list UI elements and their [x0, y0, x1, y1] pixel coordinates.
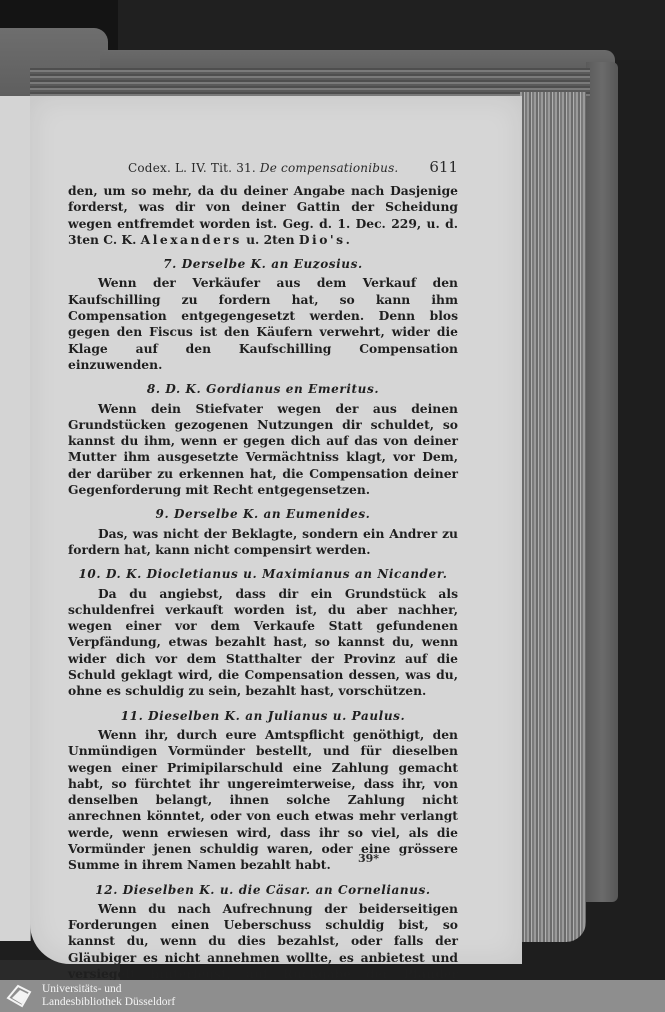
- section-body-10: Da du angiebst, dass dir ein Grundstück …: [68, 586, 458, 700]
- running-head-title: Codex. L. IV. Tit. 31. De compensationib…: [128, 161, 398, 175]
- book-cover-right: [586, 62, 618, 902]
- section-heading-12: 12. Dieselben K. u. die Cäsar. an Cornel…: [68, 882, 458, 898]
- library-footer: Universitäts- und Landesbibliothek Düsse…: [0, 980, 665, 1012]
- left-page-edge: [0, 96, 31, 941]
- name-dios: Dio's.: [299, 232, 353, 247]
- library-name-line2: Landesbibliothek Düsseldorf: [42, 996, 175, 1009]
- page-edges: [520, 92, 586, 942]
- page-stack-top: [30, 68, 590, 98]
- section-heading-9: 9. Derselbe K. an Eumenides.: [68, 506, 458, 522]
- section-body-11: Wenn ihr, durch eure Amtspflicht genöthi…: [68, 727, 458, 874]
- section-body-9: Das, was nicht der Beklagte, sondern ein…: [68, 526, 458, 559]
- library-name: Universitäts- und Landesbibliothek Düsse…: [42, 983, 175, 1009]
- name-alexanders: Alexanders: [141, 232, 242, 247]
- page-number: 611: [429, 158, 458, 176]
- running-head-codex: Codex. L. IV. Tit. 31.: [128, 161, 256, 175]
- book-logo-icon: [4, 982, 36, 1010]
- section-body-7: Wenn der Verkäufer aus dem Verkauf den K…: [68, 275, 458, 373]
- running-head: Codex. L. IV. Tit. 31. De compensationib…: [128, 158, 458, 176]
- library-name-line1: Universitäts- und: [42, 983, 175, 996]
- section-heading-11: 11. Dieselben K. an Julianus u. Paulus.: [68, 708, 458, 724]
- section-heading-8: 8. D. K. Gordianus en Emeritus.: [68, 381, 458, 397]
- running-head-italic: De compensationibus.: [260, 161, 399, 175]
- continuation-tail: u. 2ten: [246, 232, 295, 247]
- section-heading-10: 10. D. K. Diocletianus u. Maximianus an …: [68, 566, 458, 582]
- main-text: den, um so mehr, da du deiner Angabe nac…: [68, 183, 458, 999]
- section-body-8: Wenn dein Stiefvater wegen der aus deine…: [68, 401, 458, 499]
- signature-mark: 39*: [358, 852, 379, 865]
- continuation-paragraph: den, um so mehr, da du deiner Angabe nac…: [68, 183, 458, 248]
- section-heading-7: 7. Derselbe K. an Euzosius.: [68, 256, 458, 272]
